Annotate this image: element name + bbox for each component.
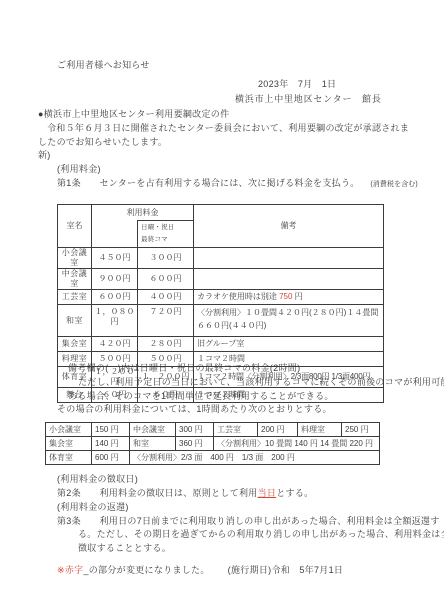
- header-fee-holiday: 日曜・祝日 最終コマ: [138, 221, 194, 248]
- room-name: 中会議室: [58, 269, 92, 290]
- notice-document: ご利用者様へお知らせ 2023年 7月 1日 横浜市上中里地区センター 館長 ●…: [0, 0, 444, 593]
- fee-value: ４２０円: [92, 337, 138, 352]
- header-room: 室名: [58, 205, 92, 248]
- effective-date: (施行期日)令和 5年7月1日: [228, 565, 344, 575]
- header-remarks: 備考: [194, 205, 384, 248]
- table-row: 工芸室 ６００円 ４００円 カラオケ使用時は別途 750 円: [58, 290, 384, 305]
- remarks-value: 旧グループ室: [194, 337, 384, 352]
- article2-text: 第2条 利用料金の徴収日は、原則として利用当日とする。: [57, 488, 313, 499]
- header-fee: 利用料金: [92, 205, 194, 221]
- new-version-marker: 新): [38, 150, 51, 161]
- table-row: 小会議室 ４５０円 ３００円: [58, 248, 384, 269]
- fee-value: 150 円: [92, 423, 130, 437]
- table-row: 体育室 600 円 〈分割利用〉2/3 面 400 円 1/3 面 200 円: [46, 451, 380, 465]
- split-use-note: 〈分割利用〉10 畳間 140 円 14 畳間 220 円: [214, 437, 380, 451]
- room-name: 体育室: [46, 451, 92, 465]
- remarks-value: [194, 248, 384, 269]
- red-text-legend: ※赤字: [57, 565, 83, 575]
- fee-value: 250 円: [342, 423, 380, 437]
- article3-heading: (利用料金の返還): [57, 502, 129, 513]
- footer-note: ※赤字_の部分が変更になりました。(施行期日)令和 5年7月1日: [57, 565, 343, 576]
- changed-fee-highlight: 750: [279, 292, 292, 301]
- extension-fee-table: 小会議室 150 円 中会議室 300 円 工芸室 200 円 料理室 250 …: [45, 422, 380, 465]
- fee-value: 360 円: [176, 437, 214, 451]
- table-row: 集会室 ４２０円 ２８０円 旧グループ室: [58, 337, 384, 352]
- fee-value: ６００円: [92, 290, 138, 305]
- room-name: 和室: [130, 437, 176, 451]
- fee-value: 140 円: [92, 437, 130, 451]
- table-row: 集会室 140 円 和室 360 円 〈分割利用〉10 畳間 140 円 14 …: [46, 437, 380, 451]
- table-row: 小会議室 150 円 中会議室 300 円 工芸室 200 円 料理室 250 …: [46, 423, 380, 437]
- fee-value: 200 円: [258, 423, 298, 437]
- issue-date: 2023年 7月 1日: [258, 79, 336, 90]
- fee-value: ４５０円: [92, 248, 138, 269]
- article1-heading: (利用料金): [57, 164, 101, 175]
- fee-table-header-row: 室名 利用料金 備考: [58, 205, 384, 221]
- room-name: 集会室: [46, 437, 92, 451]
- table-row: 和室 １，０８０円 ７２０円 〈分割利用〉１０畳間４２０円(２８０円)１４畳間６…: [58, 305, 384, 337]
- fee-value: １，０８０円: [92, 305, 138, 337]
- holiday-fee-value: ４００円: [138, 290, 194, 305]
- fee-note-2: ただし、利用予定日の当日において、当該利用するコマに続くその前後のコマが利用可能…: [78, 377, 444, 388]
- subject-line: ●横浜市上中里地区センター利用要綱改定の件: [38, 109, 229, 120]
- room-name: 工芸室: [58, 290, 92, 305]
- tax-note: (消費税を含む): [370, 181, 417, 188]
- room-name: 中会議室: [130, 423, 176, 437]
- article1-text: 第1条 センターを占有利用する場合には、次に掲げる料金を支払う。 (消費税を含む…: [57, 178, 418, 189]
- remarks-value: カラオケ使用時は別途 750 円: [194, 290, 384, 305]
- fee-value: 300 円: [176, 423, 214, 437]
- article3-line-3: 徴収することとする。: [78, 543, 171, 554]
- holiday-fee-value: ２８０円: [138, 337, 194, 352]
- intro-line-1: 令和５年６月３日に開催されたセンター委員会において、利用要綱の改定が承認されま: [47, 123, 409, 134]
- room-name: 集会室: [58, 337, 92, 352]
- room-name: 和室: [58, 305, 92, 337]
- table-row: 中会議室 ９００円 ６００円: [58, 269, 384, 290]
- remarks-value: [194, 269, 384, 290]
- room-name: 工芸室: [214, 423, 258, 437]
- article3-line-2: る。ただし、その期日を過ぎてからの利用取り消しの申し出があった場合、利用料金は全…: [78, 529, 444, 540]
- holiday-fee-value: ６００円: [138, 269, 194, 290]
- holiday-fee-value: ３００円: [138, 248, 194, 269]
- remarks-value: 〈分割利用〉１０畳間４２０円(２８０円)１４畳間６６０円(４４０円): [194, 305, 384, 337]
- fee-note-4: その場合の利用料金については、1時間あたり次のとおりとする。: [57, 404, 332, 415]
- header-fee-weekday: [92, 221, 138, 248]
- room-name: 料理室: [298, 423, 342, 437]
- fee-value: ９００円: [92, 269, 138, 290]
- fee-value: 600 円: [92, 451, 130, 465]
- changed-text-highlight: 当日: [258, 488, 277, 498]
- room-name: 小会議室: [58, 248, 92, 269]
- issuer-line: 横浜市上中里地区センター 館長: [235, 94, 382, 105]
- fee-note-3: ある場合、そのコマを1時間単位で延長利用することができる。: [68, 391, 334, 402]
- fee-note-1: 備考欄の( )内は日曜日・祝日の最終コマの料金(2時間): [68, 363, 300, 374]
- article3-line-1: 第3条 利用日の7日前までに利用取り消しの申し出があった場合、利用料金は全額返還…: [57, 516, 440, 527]
- greeting-line: ご利用者様へお知らせ: [57, 60, 150, 71]
- holiday-fee-value: ７２０円: [138, 305, 194, 337]
- article1-body: 第1条 センターを占有利用する場合には、次に掲げる料金を支払う。: [57, 178, 360, 188]
- intro-line-2: したのでお知らせいたします。: [38, 137, 167, 148]
- split-use-note: 〈分割利用〉2/3 面 400 円 1/3 面 200 円: [130, 451, 380, 465]
- room-name: 小会議室: [46, 423, 92, 437]
- article2-heading: (利用料金の徴収日): [57, 474, 138, 485]
